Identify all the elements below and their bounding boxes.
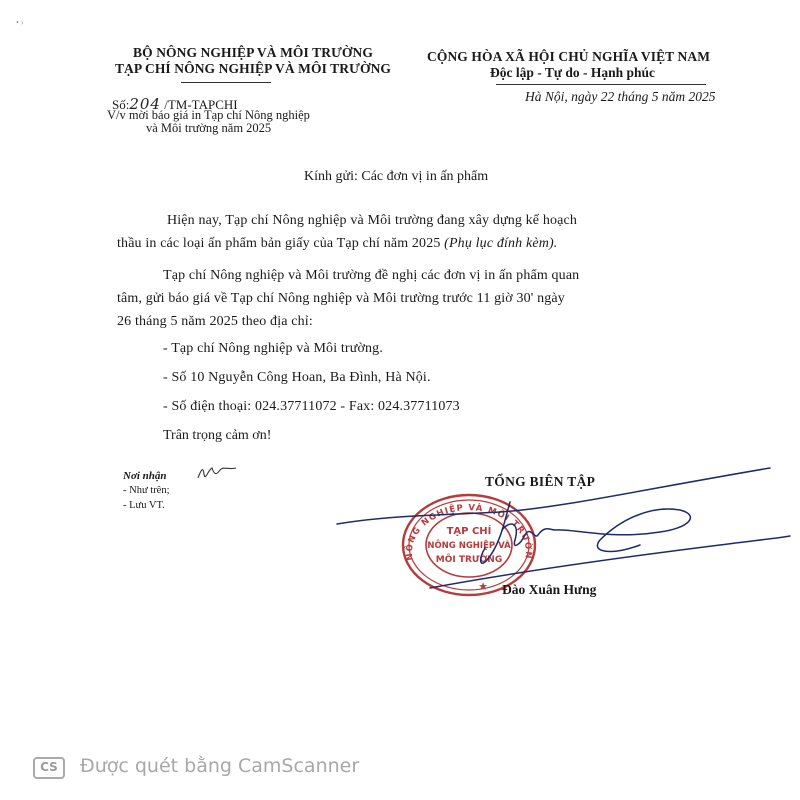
address-item: - Số 10 Nguyễn Công Hoan, Ba Đình, Hà Nộ… <box>163 370 431 386</box>
date-line: Hà Nội, ngày 22 tháng 5 năm 2025 <box>525 89 716 105</box>
subject-line-2: và Môi trường năm 2025 <box>146 121 271 136</box>
paragraph-1-line-1: Hiện nay, Tạp chí Nông nghiệp và Môi trư… <box>167 213 577 229</box>
header-left-divider <box>181 82 271 83</box>
address-item: - Tạp chí Nông nghiệp và Môi trường. <box>163 341 383 357</box>
scan-artifact: • › <box>16 18 23 27</box>
salutation: Kính gửi: Các đơn vị in ấn phẩm <box>304 169 488 185</box>
closing-line: Trân trọng cảm ơn! <box>163 428 271 444</box>
national-title: CỘNG HÒA XÃ HỘI CHỦ NGHĨA VIỆT NAM <box>427 49 710 65</box>
camscanner-watermark: Được quét bằng CamScanner <box>80 755 359 777</box>
organization-name: TẠP CHÍ NÔNG NGHIỆP VÀ MÔI TRƯỜNG <box>67 61 439 77</box>
recipients-label: Nơi nhận <box>123 470 167 482</box>
recipient-item: - Như trên; <box>123 485 170 496</box>
paragraph-1-line-2: thầu in các loại ấn phẩm bản giấy của Tạ… <box>117 236 557 252</box>
signatory-title: TỔNG BIÊN TẬP <box>485 474 595 490</box>
ministry-name: BỘ NÔNG NGHIỆP VÀ MÔI TRƯỜNG <box>103 45 403 61</box>
address-item: - Số điện thoại: 024.37711072 - Fax: 024… <box>163 399 460 415</box>
initials-scribble-icon <box>198 468 236 478</box>
camscanner-logo-icon: CS <box>33 757 65 779</box>
appendix-note: (Phụ lục đính kèm). <box>444 236 557 251</box>
header-right-divider <box>496 84 706 85</box>
paragraph-2-line-2: tâm, gửi báo giá về Tạp chí Nông nghiệp … <box>117 291 565 307</box>
svg-text:NÔNG NGHIỆP VÀ: NÔNG NGHIỆP VÀ <box>427 539 511 551</box>
paragraph-1-text: thầu in các loại ấn phẩm bản giấy của Tạ… <box>117 236 444 251</box>
svg-text:★: ★ <box>478 581 488 593</box>
scanned-document: • › BỘ NÔNG NGHIỆP VÀ MÔI TRƯỜNG TẠP CHÍ… <box>0 0 800 800</box>
paragraph-2-line-3: 26 tháng 5 năm 2025 theo địa chỉ: <box>117 314 313 330</box>
national-motto: Độc lập - Tự do - Hạnh phúc <box>490 65 655 81</box>
svg-text:MÔI TRƯỜNG: MÔI TRƯỜNG <box>436 553 502 565</box>
paragraph-2-line-1: Tạp chí Nông nghiệp và Môi trường đề ngh… <box>163 268 579 284</box>
svg-text:TẠP CHÍ: TẠP CHÍ <box>447 524 492 537</box>
recipient-item: - Lưu VT. <box>123 500 165 511</box>
signer-name: Đào Xuân Hưng <box>502 582 596 598</box>
